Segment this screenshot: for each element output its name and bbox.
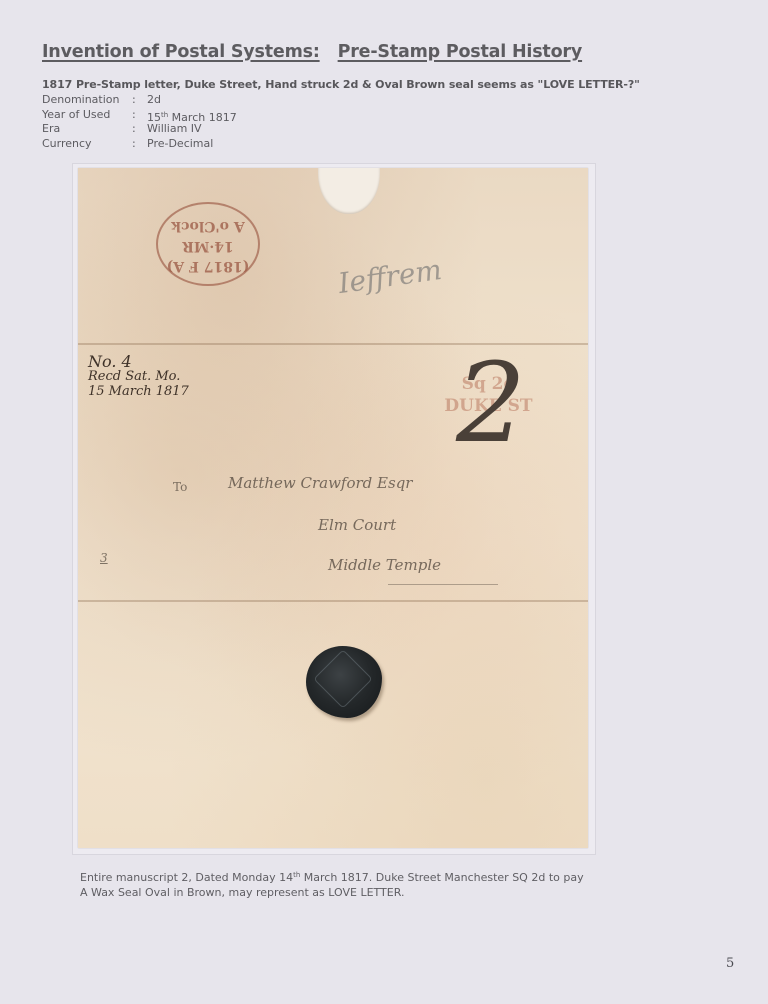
docket-line: 15 March 1817	[88, 384, 189, 399]
detail-row-year: Year of Used : 15th March 1817	[42, 108, 442, 123]
detail-row-denomination: Denomination : 2d	[42, 93, 442, 108]
docket-note: No. 4 Recd Sat. Mo. 15 March 1817	[88, 354, 189, 399]
caption-line-1: Entire manuscript 2, Dated Monday 14th M…	[80, 868, 584, 885]
detail-value: Pre-Decimal	[147, 137, 213, 152]
detail-label: Currency	[42, 137, 92, 152]
detail-value: 2d	[147, 93, 161, 108]
detail-value: William IV	[147, 122, 202, 137]
docket-line: No. 4	[88, 354, 189, 369]
page-title: Invention of Postal Systems:Pre-Stamp Po…	[42, 42, 582, 62]
detail-separator: :	[132, 122, 136, 137]
fold-line	[78, 600, 588, 602]
item-subtitle: 1817 Pre-Stamp letter, Duke Street, Hand…	[42, 78, 640, 91]
caption-text: March 1817. Duke Street Manchester SQ 2d…	[300, 871, 583, 884]
address-prefix: To	[173, 480, 187, 494]
caption-line-2: A Wax Seal Oval in Brown, may represent …	[80, 885, 584, 900]
oval-postmark: (1817 F A) 14·MR A o'Clock	[156, 202, 260, 286]
caption: Entire manuscript 2, Dated Monday 14th M…	[80, 868, 584, 900]
address-line: Elm Court	[318, 516, 396, 534]
detail-separator: :	[132, 108, 136, 123]
address-underline	[388, 584, 498, 585]
address-line: Middle Temple	[328, 556, 441, 574]
letter-image: (1817 F A) 14·MR A o'Clock Ieffrem No. 4…	[78, 168, 588, 848]
corner-mark: 3	[100, 551, 108, 565]
detail-separator: :	[132, 93, 136, 108]
pencil-annotation: Ieffrem	[336, 253, 444, 300]
address-line: Matthew Crawford Esqr	[228, 474, 412, 492]
caption-text: Entire manuscript 2, Dated Monday 14	[80, 871, 293, 884]
charge-numeral: 2	[456, 348, 526, 458]
postmark-line: A o'Clock	[158, 216, 258, 236]
detail-row-currency: Currency : Pre-Decimal	[42, 137, 442, 152]
detail-separator: :	[132, 137, 136, 152]
details-table: Denomination : 2d Year of Used : 15th Ma…	[42, 93, 442, 151]
title-part-2: Pre-Stamp Postal History	[338, 42, 582, 62]
detail-row-era: Era : William IV	[42, 122, 442, 137]
page-number: 5	[726, 956, 734, 971]
wax-seal-icon	[306, 646, 382, 718]
detail-label: Denomination	[42, 93, 120, 108]
postmark-line: 14·MR	[158, 236, 258, 256]
postmark-line: (1817 F A)	[158, 256, 258, 276]
detail-label: Era	[42, 122, 60, 137]
torn-notch	[318, 168, 380, 214]
detail-label: Year of Used	[42, 108, 110, 123]
title-part-1: Invention of Postal Systems:	[42, 42, 320, 62]
docket-line: Recd Sat. Mo.	[88, 369, 189, 384]
